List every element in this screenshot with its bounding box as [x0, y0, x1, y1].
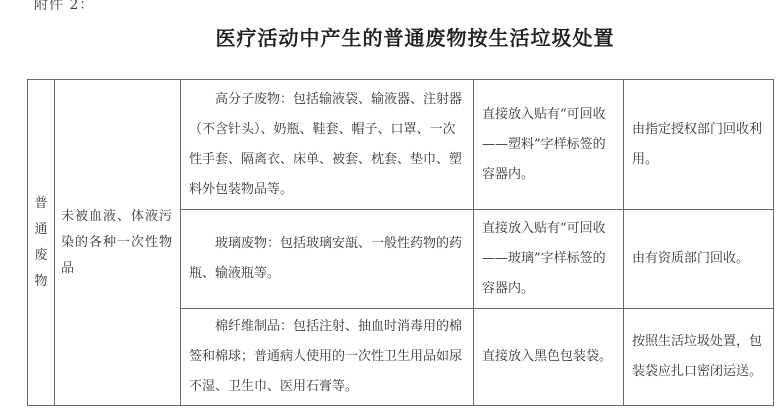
disposal-cell-glass: 由有资质部门回收。	[624, 210, 774, 309]
item-cell-cotton: 棉纤维制品：包括注射、抽血时消毒用的棉签和棉球；普通病人使用的一次性卫生用品如尿…	[181, 309, 474, 406]
waste-disposal-table: 普 通 废 物 未被血液、体液污染的各种一次性物品 高分子废物：包括输液袋、输液…	[27, 79, 774, 406]
disposal-cell-plastic: 由指定授权部门回收利用。	[624, 80, 774, 210]
handling-cell-glass: 直接放入贴有“可回收——玻璃”字样标签的容器内。	[474, 210, 624, 309]
table-row-plastic: 普 通 废 物 未被血液、体液污染的各种一次性物品 高分子废物：包括输液袋、输液…	[28, 80, 774, 210]
handling-cell-cotton: 直接放入黑色包装袋。	[474, 309, 624, 406]
document-title: 医疗活动中产生的普通废物按生活垃圾处置	[0, 22, 784, 51]
category-cell: 普 通 废 物	[28, 80, 55, 406]
disposal-cell-cotton: 按照生活垃圾处置，包装袋应扎口密闭运送。	[624, 309, 774, 406]
attachment-label: 附件 2：	[34, 0, 94, 14]
item-cell-plastic: 高分子废物：包括输液袋、输液器、注射器（不含针头）、奶瓶、鞋套、帽子、口罩、一次…	[181, 80, 474, 210]
item-cell-glass: 玻璃废物：包括玻璃安瓿、一般性药物的药瓶、输液瓶等。	[181, 210, 474, 309]
category-char: 普	[28, 191, 54, 217]
handling-cell-plastic: 直接放入贴有“可回收——塑料”字样标签的容器内。	[474, 80, 624, 210]
category-char: 废	[28, 243, 54, 269]
description-cell: 未被血液、体液污染的各种一次性物品	[55, 80, 181, 406]
category-char: 通	[28, 217, 54, 243]
category-char: 物	[28, 269, 54, 295]
